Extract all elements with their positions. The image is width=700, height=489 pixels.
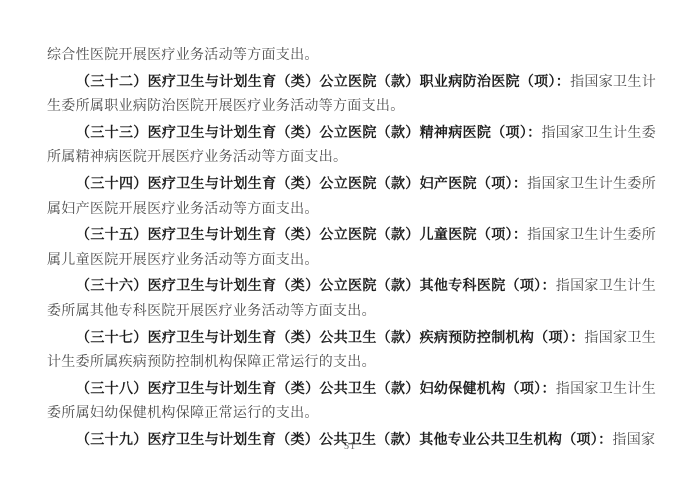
document-body: 综合性医院开展医疗业务活动等方面支出。 （三十二）医疗卫生与计划生育（类）公立医… bbox=[47, 42, 656, 454]
paragraph-heading: （三十六）医疗卫生与计划生育（类）公立医院（款）其他专科医院（项）： bbox=[76, 277, 556, 293]
paragraph-item-32: （三十二）医疗卫生与计划生育（类）公立医院（款）职业病防治医院（项）：指国家卫生… bbox=[47, 69, 656, 120]
paragraph-item-35: （三十五）医疗卫生与计划生育（类）公立医院（款）儿童医院（项）：指国家卫生计生委… bbox=[47, 222, 656, 273]
paragraph-heading: （三十二）医疗卫生与计划生育（类）公立医院（款）职业病防治医院（项）： bbox=[76, 73, 570, 89]
document-page: 综合性医院开展医疗业务活动等方面支出。 （三十二）医疗卫生与计划生育（类）公立医… bbox=[0, 0, 700, 489]
paragraph-item-33: （三十三）医疗卫生与计划生育（类）公立医院（款）精神病医院（项）：指国家卫生计生… bbox=[47, 120, 656, 171]
paragraph-item-34: （三十四）医疗卫生与计划生育（类）公立医院（款）妇产医院（项）：指国家卫生计生委… bbox=[47, 171, 656, 222]
paragraph-item-38: （三十八）医疗卫生与计划生育（类）公共卫生（款）妇幼保健机构（项）：指国家卫生计… bbox=[47, 376, 656, 427]
paragraph-heading: （三十八）医疗卫生与计划生育（类）公共卫生（款）妇幼保健机构（项）： bbox=[76, 380, 556, 396]
paragraph-heading: （三十五）医疗卫生与计划生育（类）公立医院（款）儿童医院（项）： bbox=[76, 226, 527, 242]
paragraph-text: 综合性医院开展医疗业务活动等方面支出。 bbox=[47, 48, 319, 63]
paragraph-heading: （三十四）医疗卫生与计划生育（类）公立医院（款）妇产医院（项）： bbox=[76, 175, 527, 191]
page-number: 51 bbox=[0, 441, 700, 452]
paragraph-heading: （三十三）医疗卫生与计划生育（类）公立医院（款）精神病医院（项）： bbox=[76, 124, 541, 140]
paragraph-heading: （三十七）医疗卫生与计划生育（类）公共卫生（款）疾病预防控制机构（项）： bbox=[76, 329, 584, 345]
paragraph-continuation: 综合性医院开展医疗业务活动等方面支出。 bbox=[47, 42, 656, 69]
paragraph-item-37: （三十七）医疗卫生与计划生育（类）公共卫生（款）疾病预防控制机构（项）：指国家卫… bbox=[47, 325, 656, 376]
paragraph-item-36: （三十六）医疗卫生与计划生育（类）公立医院（款）其他专科医院（项）：指国家卫生计… bbox=[47, 273, 656, 324]
